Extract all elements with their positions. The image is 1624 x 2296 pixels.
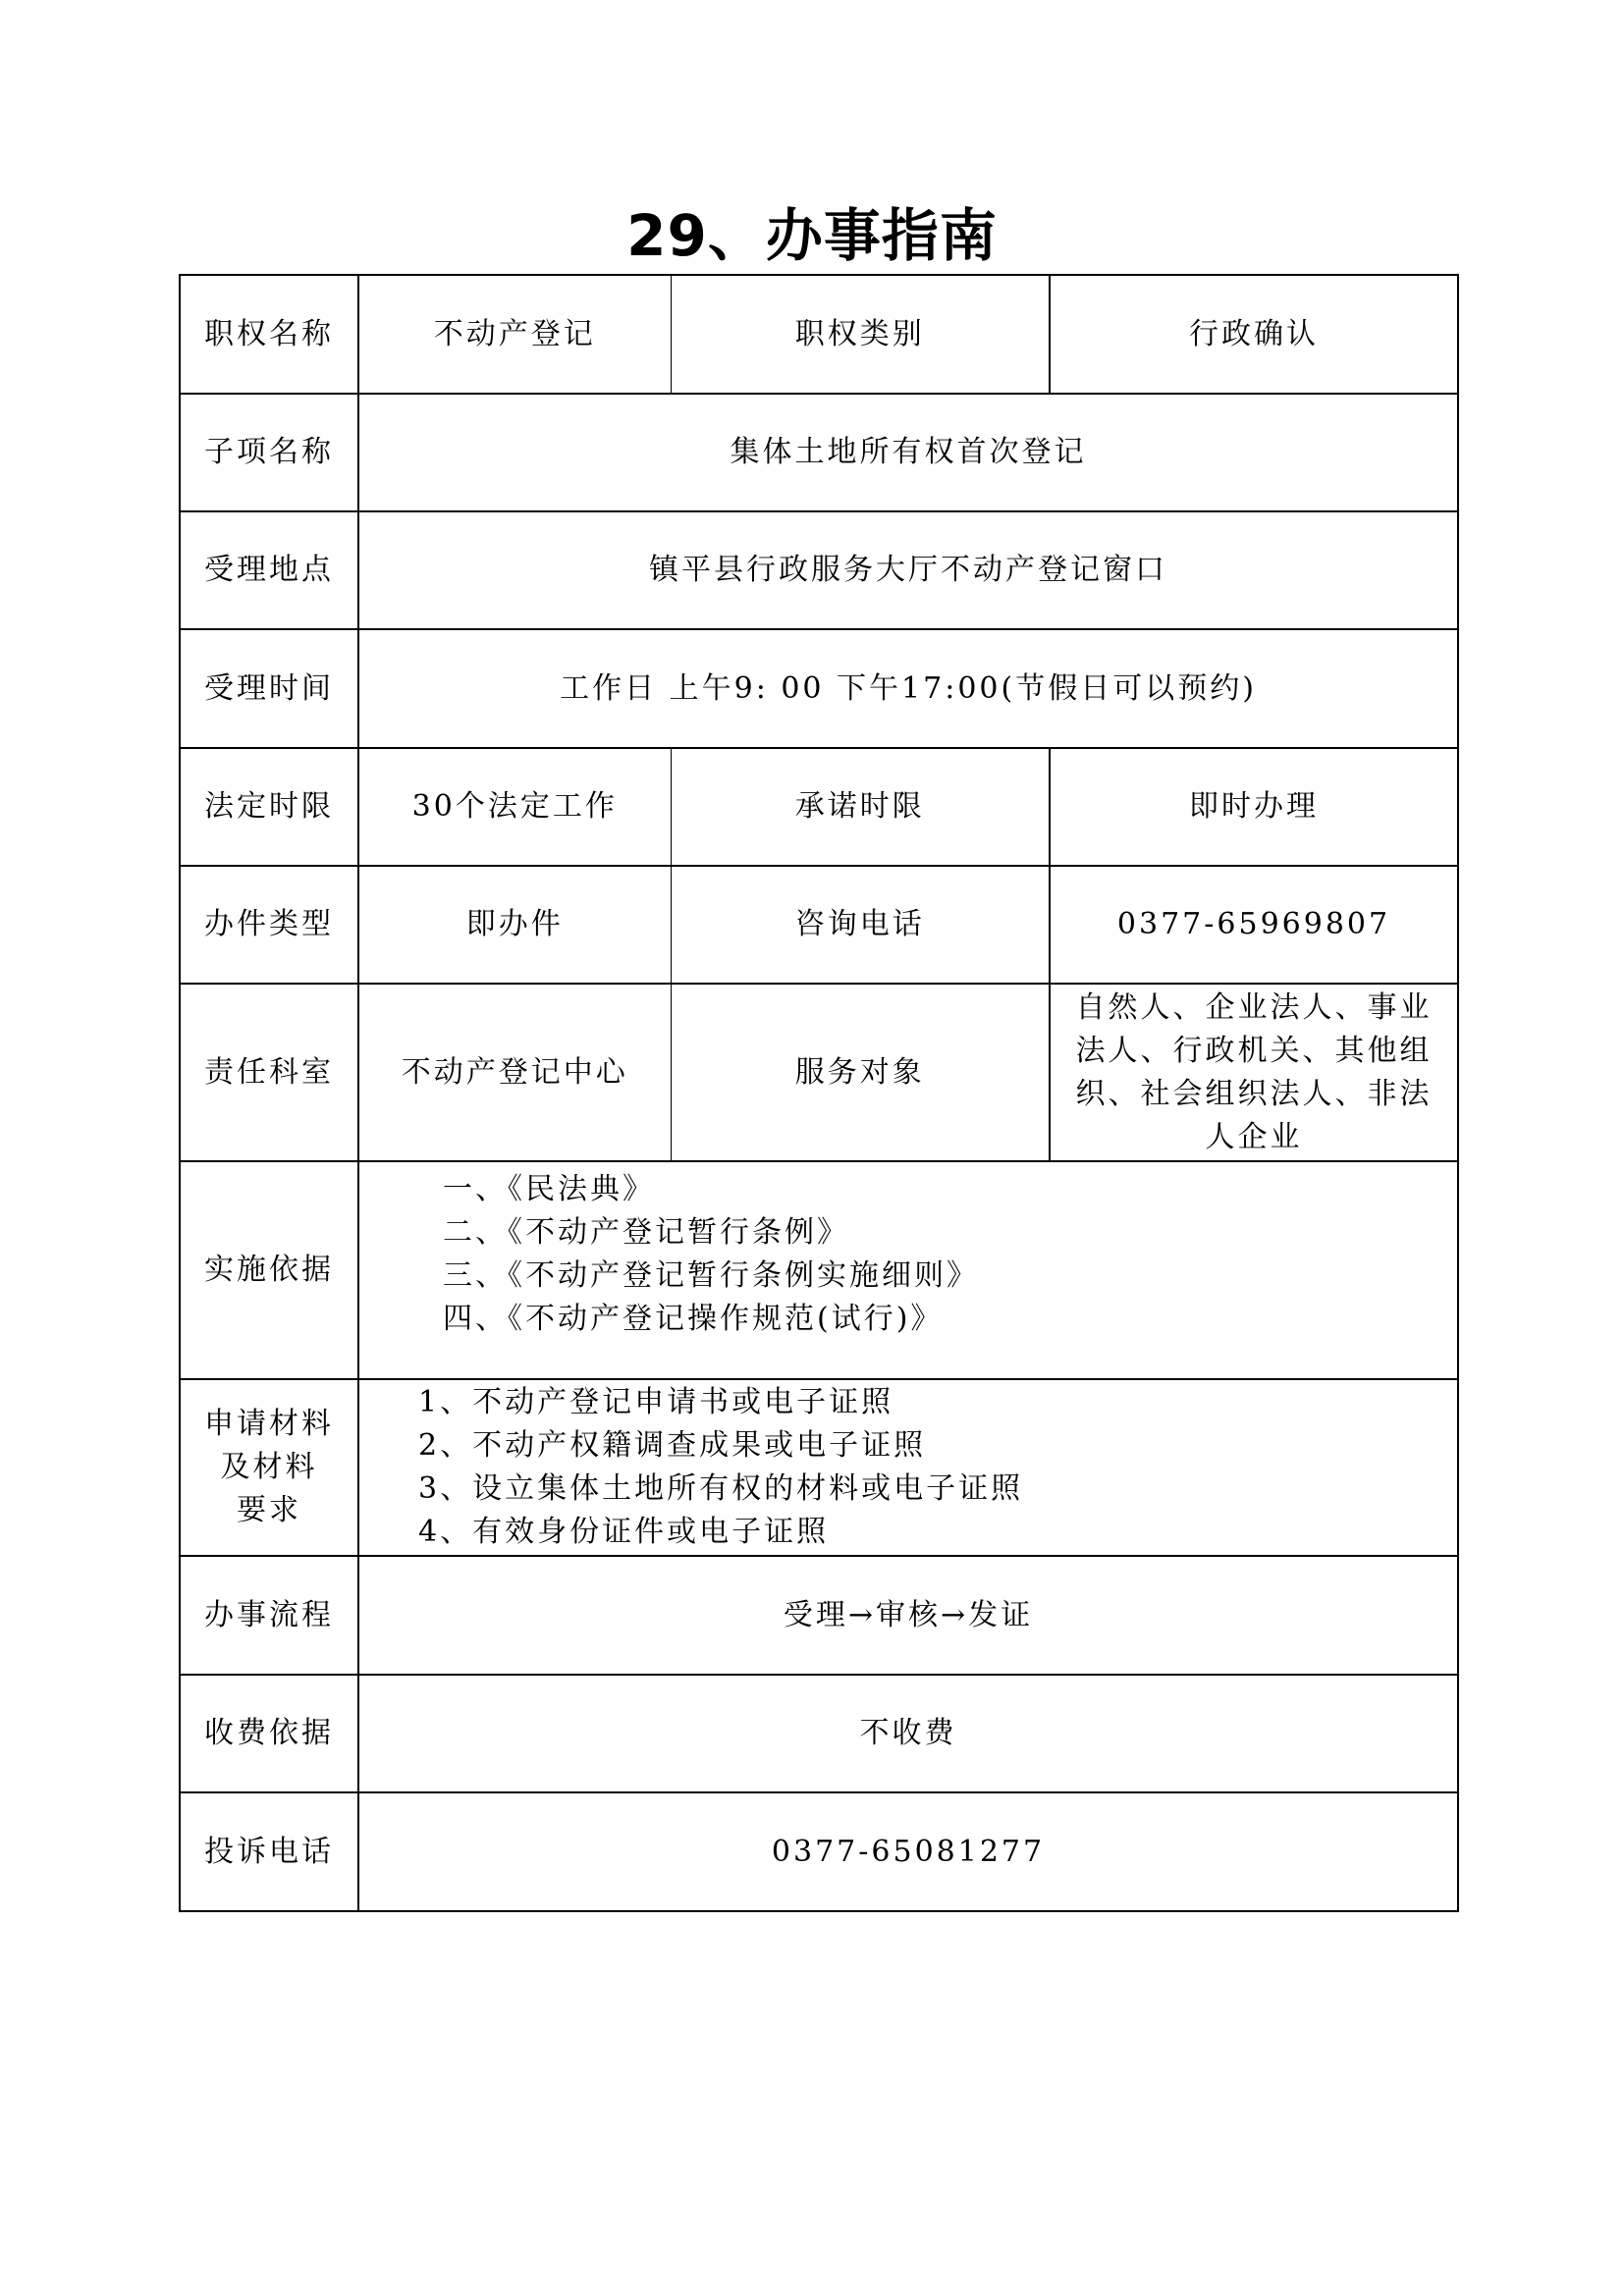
label-location: 受理地点 [180, 511, 358, 629]
label-basis: 实施依据 [180, 1161, 358, 1379]
material-item: 2、不动产权籍调查成果或电子证照 [418, 1424, 1451, 1468]
row-process: 办事流程 受理→审核→发证 [180, 1556, 1458, 1675]
material-item: 3、设立集体土地所有权的材料或电子证照 [418, 1468, 1451, 1511]
materials-list: 1、不动产登记申请书或电子证照 2、不动产权籍调查成果或电子证照 3、设立集体土… [358, 1379, 1458, 1556]
page-title: 29、办事指南 [0, 196, 1624, 275]
value-authority-type: 行政确认 [1050, 275, 1458, 394]
material-item: 4、有效身份证件或电子证照 [418, 1511, 1451, 1554]
basis-item: 三、《不动产登记暂行条例实施细则》 [443, 1255, 1451, 1298]
row-case-type: 办件类型 即办件 咨询电话 0377-65969807 [180, 866, 1458, 984]
basis-item: 二、《不动产登记暂行条例》 [443, 1211, 1451, 1255]
row-time-limit: 法定时限 30个法定工作 承诺时限 即时办理 [180, 748, 1458, 866]
value-process: 受理→审核→发证 [358, 1556, 1458, 1675]
row-basis: 实施依据 一、《民法典》 二、《不动产登记暂行条例》 三、《不动产登记暂行条例实… [180, 1161, 1458, 1379]
basis-item: 四、《不动产登记操作规范(试行)》 [443, 1298, 1451, 1341]
label-line: 申请材料 [187, 1403, 352, 1446]
row-location: 受理地点 镇平县行政服务大厅不动产登记窗口 [180, 511, 1458, 629]
row-hours: 受理时间 工作日 上午9: 00 下午17:00(节假日可以预约) [180, 629, 1458, 748]
row-complaint: 投诉电话 0377-65081277 [180, 1792, 1458, 1911]
value-case-type: 即办件 [358, 866, 671, 984]
value-fee: 不收费 [358, 1675, 1458, 1792]
value-legal-limit: 30个法定工作 [358, 748, 671, 866]
label-service-target: 服务对象 [671, 984, 1050, 1161]
label-case-type: 办件类型 [180, 866, 358, 984]
row-fee: 收费依据 不收费 [180, 1675, 1458, 1792]
label-legal-limit: 法定时限 [180, 748, 358, 866]
material-item: 1、不动产登记申请书或电子证照 [418, 1381, 1451, 1424]
label-authority-name: 职权名称 [180, 275, 358, 394]
row-sub-item: 子项名称 集体土地所有权首次登记 [180, 394, 1458, 511]
row-materials: 申请材料 及材料 要求 1、不动产登记申请书或电子证照 2、不动产权籍调查成果或… [180, 1379, 1458, 1556]
value-department: 不动产登记中心 [358, 984, 671, 1161]
value-complaint: 0377-65081277 [358, 1792, 1458, 1911]
value-consult-phone: 0377-65969807 [1050, 866, 1458, 984]
value-promised-limit: 即时办理 [1050, 748, 1458, 866]
label-authority-type: 职权类别 [671, 275, 1050, 394]
label-hours: 受理时间 [180, 629, 358, 748]
label-line: 及材料 [187, 1446, 352, 1489]
label-sub-item: 子项名称 [180, 394, 358, 511]
label-line: 要求 [187, 1489, 352, 1532]
label-fee: 收费依据 [180, 1675, 358, 1792]
basis-list: 一、《民法典》 二、《不动产登记暂行条例》 三、《不动产登记暂行条例实施细则》 … [358, 1161, 1458, 1379]
label-complaint: 投诉电话 [180, 1792, 358, 1911]
label-consult-phone: 咨询电话 [671, 866, 1050, 984]
value-location: 镇平县行政服务大厅不动产登记窗口 [358, 511, 1458, 629]
service-guide-table: 职权名称 不动产登记 职权类别 行政确认 子项名称 集体土地所有权首次登记 受理… [179, 274, 1459, 1912]
value-authority-name: 不动产登记 [358, 275, 671, 394]
label-process: 办事流程 [180, 1556, 358, 1675]
value-hours: 工作日 上午9: 00 下午17:00(节假日可以预约) [358, 629, 1458, 748]
value-service-target: 自然人、企业法人、事业法人、行政机关、其他组织、社会组织法人、非法人企业 [1050, 984, 1458, 1161]
row-department: 责任科室 不动产登记中心 服务对象 自然人、企业法人、事业法人、行政机关、其他组… [180, 984, 1458, 1161]
label-promised-limit: 承诺时限 [671, 748, 1050, 866]
basis-item: 一、《民法典》 [443, 1168, 1451, 1211]
label-department: 责任科室 [180, 984, 358, 1161]
label-materials: 申请材料 及材料 要求 [180, 1379, 358, 1556]
value-sub-item: 集体土地所有权首次登记 [358, 394, 1458, 511]
row-authority-name: 职权名称 不动产登记 职权类别 行政确认 [180, 275, 1458, 394]
